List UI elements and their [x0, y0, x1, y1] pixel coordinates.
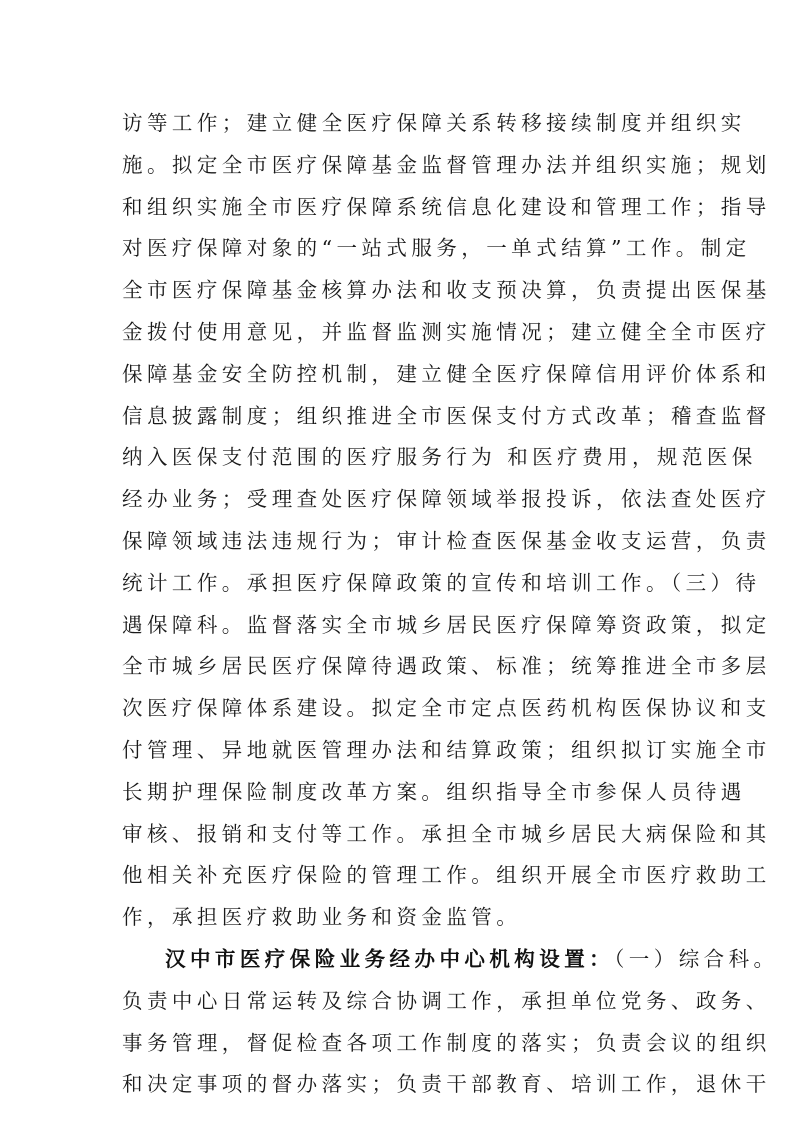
body-text-line: 保障领域违法违规行为；审计检查医保基金收支运营，负责 — [122, 521, 682, 563]
document-body: 访等工作；建立健全医疗保障关系转移接续制度并组织实 施。拟定全市医疗保障基金监督… — [122, 103, 682, 1106]
body-text-line: 施。拟定全市医疗保障基金监督管理办法并组织实施；规划 — [122, 145, 682, 187]
body-text-line: 次医疗保障体系建设。拟定全市定点医药机构医保协议和支 — [122, 688, 682, 730]
body-text-line: 作，承担医疗救助业务和资金监管。 — [122, 897, 682, 939]
body-text-line: 金拨付使用意见，并监督监测实施情况；建立健全全市医疗 — [122, 312, 682, 354]
body-text-line: 访等工作；建立健全医疗保障关系转移接续制度并组织实 — [122, 103, 682, 145]
body-text-line: 全市医疗保障基金核算办法和收支预决算，负责提出医保基 — [122, 270, 682, 312]
body-text-line: 付管理、异地就医管理办法和结算政策；组织拟订实施全市 — [122, 730, 682, 772]
body-text-line: 长期护理保险制度改革方案。组织指导全市参保人员待遇 — [122, 772, 682, 814]
section-heading-line: 汉中市医疗保险业务经办中心机构设置：（一）综合科。 — [122, 939, 682, 981]
body-text-line: 他相关补充医疗保险的管理工作。组织开展全市医疗救助工 — [122, 855, 682, 897]
body-text-line: 和组织实施全市医疗保障系统信息化建设和管理工作；指导 — [122, 187, 682, 229]
body-text-line: 全市城乡居民医疗保障待遇政策、标准；统筹推进全市多层 — [122, 646, 682, 688]
body-text-line: 和决定事项的督办落实；负责干部教育、培训工作，退休干 — [122, 1064, 682, 1106]
body-text-line: 保障基金安全防控机制，建立健全医疗保障信用评价体系和 — [122, 354, 682, 396]
body-text-line: 信息披露制度；组织推进全市医保支付方式改革；稽查监督 — [122, 396, 682, 438]
body-text-line: 对医疗保障对象的“一站式服务，一单式结算”工作。制定 — [122, 228, 682, 270]
document-page: 访等工作；建立健全医疗保障关系转移接续制度并组织实 施。拟定全市医疗保障基金监督… — [0, 0, 793, 1122]
body-text-line: 负责中心日常运转及综合协调工作，承担单位党务、政务、 — [122, 981, 682, 1023]
body-text-line: 事务管理，督促检查各项工作制度的落实；负责会议的组织 — [122, 1023, 682, 1065]
section-heading-tail: （一）综合科。 — [614, 947, 778, 971]
body-text-line: 经办业务；受理查处医疗保障领域举报投诉，依法查处医疗 — [122, 479, 682, 521]
body-text-line: 统计工作。承担医疗保障政策的宣传和培训工作。（三）待 — [122, 563, 682, 605]
body-text-line: 遇保障科。监督落实全市城乡居民医疗保障筹资政策，拟定 — [122, 605, 682, 647]
body-text-line: 纳入医保支付范围的医疗服务行为 和医疗费用，规范医保 — [122, 437, 682, 479]
body-text-line: 审核、报销和支付等工作。承担全市城乡居民大病保险和其 — [122, 814, 682, 856]
section-heading: 汉中市医疗保险业务经办中心机构设置： — [165, 947, 614, 971]
